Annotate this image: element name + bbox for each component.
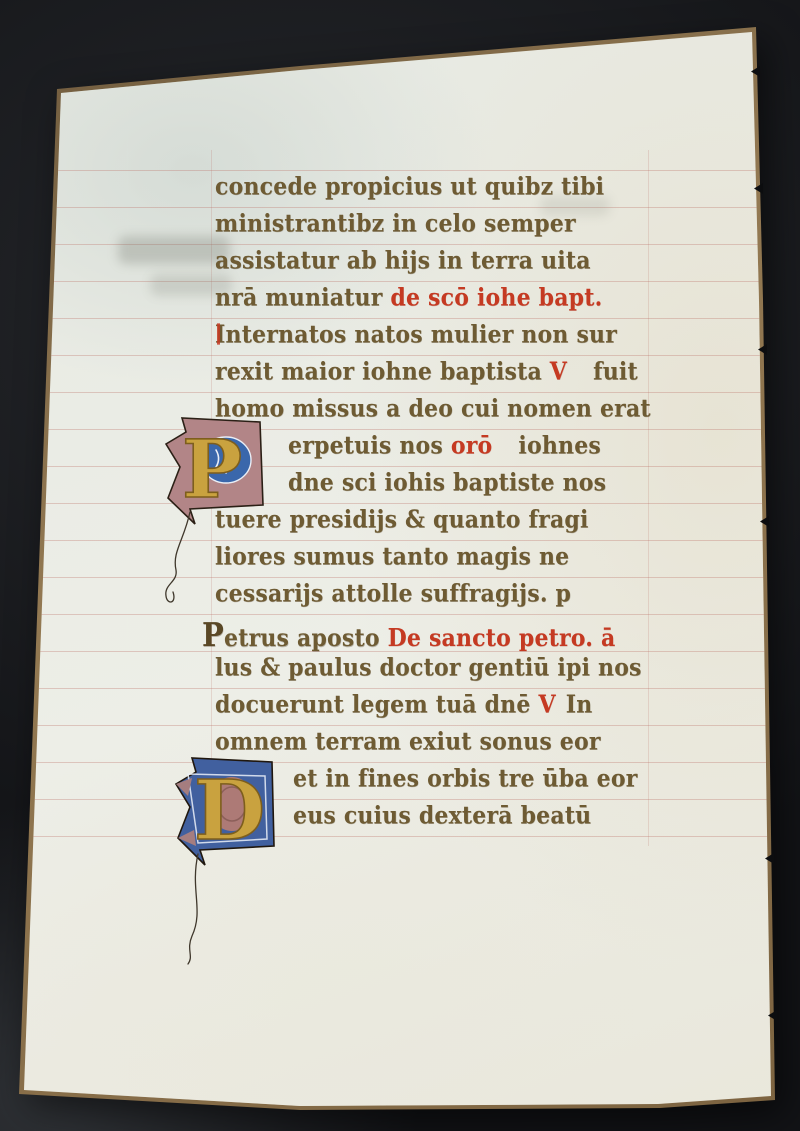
text-segment: homo missus a deo cui nomen erat	[215, 394, 651, 423]
manuscript-line-1: concede propicius ut quibz tibi	[215, 172, 604, 201]
text-segment: In	[566, 690, 593, 719]
rubric-segment: orō	[451, 431, 493, 460]
illuminated-initial-p: P	[160, 412, 280, 622]
initial-letter: P	[182, 422, 242, 516]
rubric-segment: de scō iohe bapt.	[390, 283, 602, 312]
manuscript-line-6: rexit maior iohne baptista Vfuit	[215, 357, 638, 386]
rubric-segment: De sancto petro. ā	[388, 624, 616, 653]
text-segment: fuit	[593, 357, 638, 386]
text-segment: nternatos natos mulier non sur	[226, 320, 618, 349]
manuscript-line-14: lus & paulus doctor gentiū ipi nos	[215, 653, 642, 682]
text-segment: ministrantibz in celo semper	[215, 209, 576, 238]
illuminated-initial-d: D	[168, 750, 293, 985]
text-segment: dne sci iohis baptiste nos	[288, 468, 606, 497]
text-segment: lus & paulus doctor gentiū ipi nos	[215, 653, 642, 682]
manuscript-line-3: assistatur ab hijs in terra uita	[215, 246, 591, 275]
manuscript-line-9: dne sci iohis baptiste nos	[288, 468, 606, 497]
text-segment: docuerunt legem tuā dnē	[215, 690, 538, 719]
manuscript-line-17: et in fines orbis tre ūba eor	[293, 764, 638, 793]
text-block: concede propicius ut quibz tibiministran…	[0, 0, 800, 1131]
rubric-segment: V	[538, 690, 555, 719]
pen-flourish	[166, 512, 190, 602]
text-segment: etrus aposto	[224, 624, 388, 653]
text-segment: I	[215, 320, 226, 349]
text-segment: nrā muniatur	[215, 283, 390, 312]
manuscript-line-4: nrā muniatur de scō iohe bapt.	[215, 283, 602, 312]
manuscript-line-8: erpetuis nos orōiohnes	[288, 431, 601, 460]
text-segment: erpetuis nos	[288, 431, 451, 460]
manuscript-line-15: docuerunt legem tuā dnē VIn	[215, 690, 592, 719]
manuscript-line-18: eus cuius dexterā beatū	[293, 801, 591, 830]
text-segment: iohnes	[518, 431, 601, 460]
manuscript-line-5: Internatos natos mulier non sur	[215, 320, 617, 349]
initial-letter: D	[194, 763, 265, 859]
text-segment: eus cuius dexterā beatū	[293, 801, 591, 830]
pen-flourish	[188, 854, 198, 964]
text-segment: et in fines orbis tre ūba eor	[293, 764, 638, 793]
text-segment: concede propicius ut quibz tibi	[215, 172, 604, 201]
manuscript-line-2: ministrantibz in celo semper	[215, 209, 576, 238]
manuscript-line-7: homo missus a deo cui nomen erat	[215, 394, 651, 423]
text-segment: rexit maior iohne baptista	[215, 357, 550, 386]
rubric-segment: V	[550, 357, 567, 386]
photo-background: concede propicius ut quibz tibiministran…	[0, 0, 800, 1131]
text-segment: assistatur ab hijs in terra uita	[215, 246, 591, 275]
